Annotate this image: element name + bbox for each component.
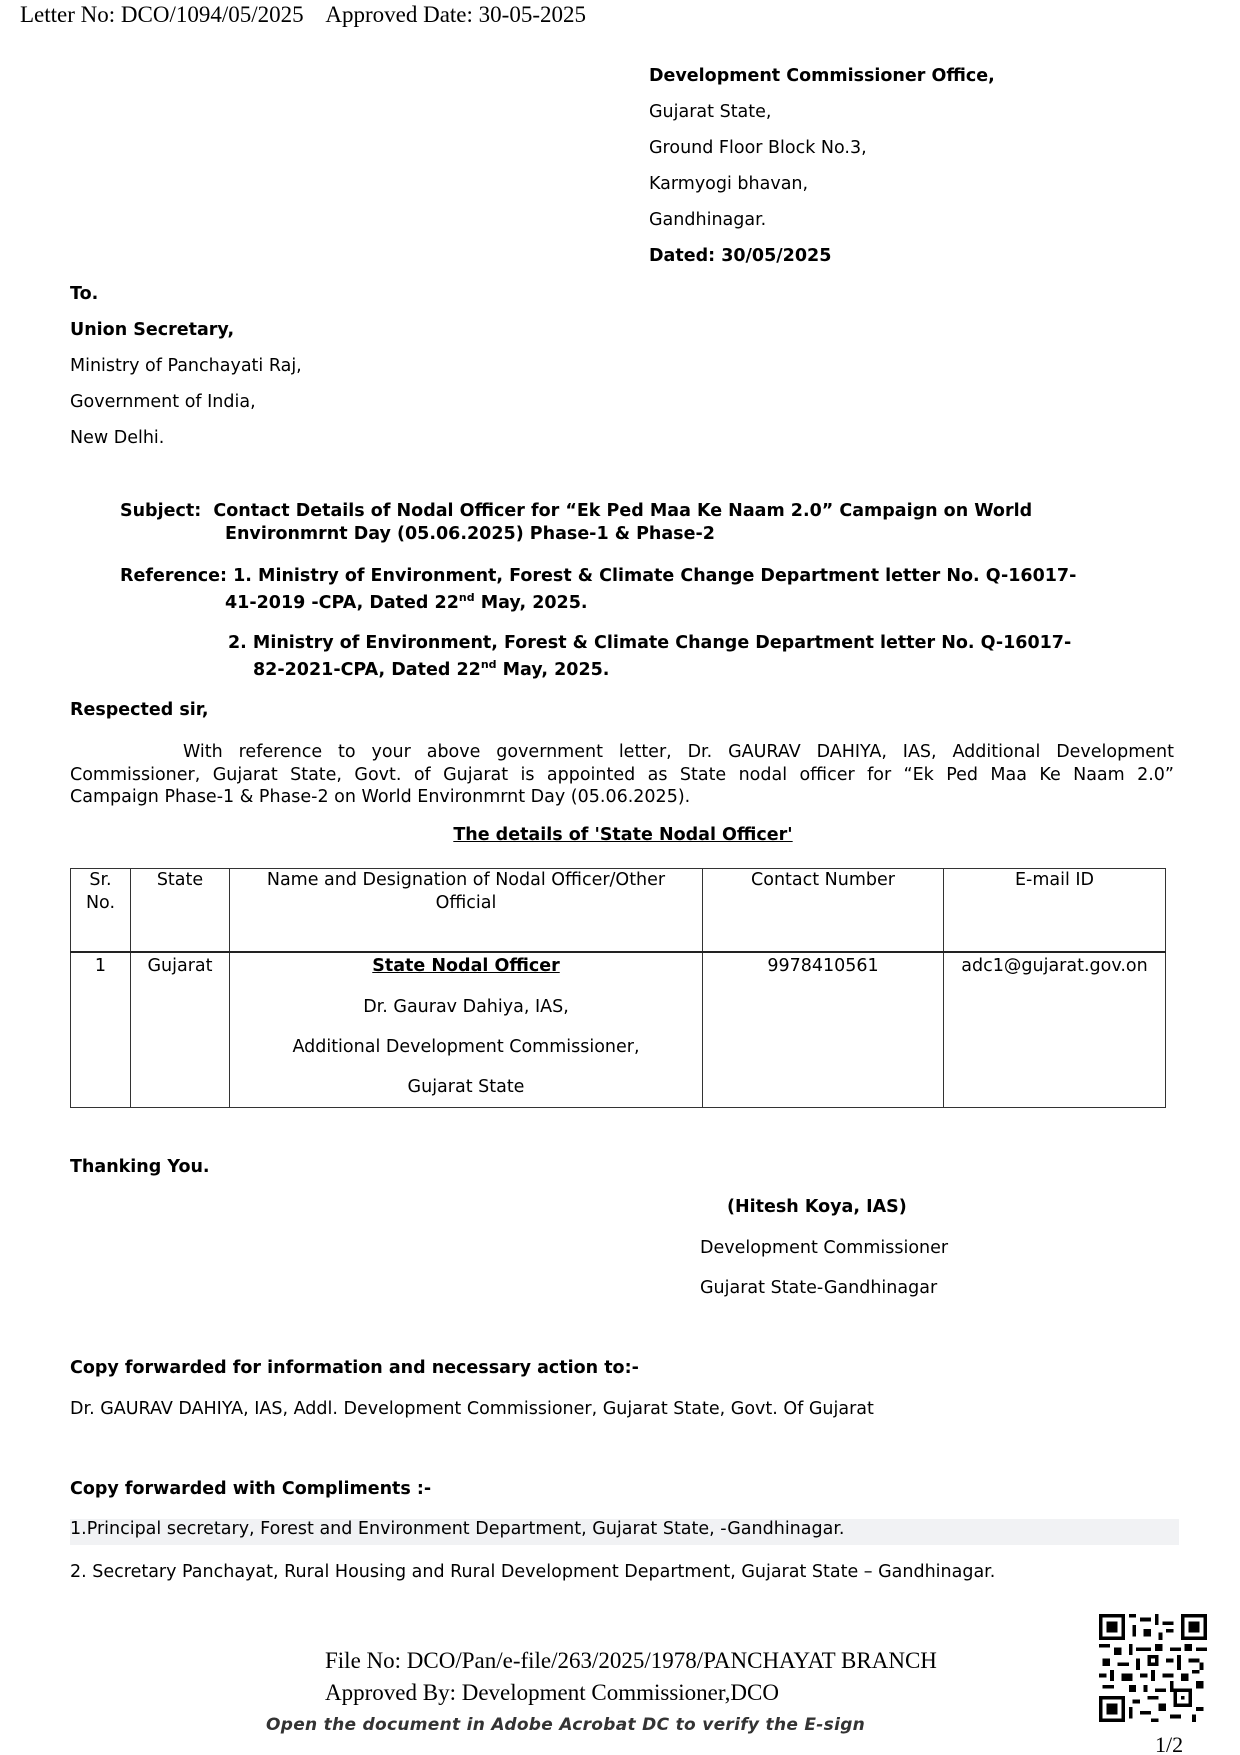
col-header-name-designation: Name and Designation of Nodal Officer/Ot… [230,869,703,953]
officer-state: Gujarat State [236,1067,696,1107]
file-number: File No: DCO/Pan/e-file/263/2025/1978/PA… [325,1648,937,1674]
officer-role: State Nodal Officer [236,955,696,978]
col-header-state: State [131,869,230,953]
reference-text: 82-2021-CPA, Dated 22 [253,660,481,680]
copy-forwarded-item: Dr. GAURAV DAHIYA, IAS, Addl. Developmen… [70,1399,874,1419]
reference-text: May, 2025. [475,593,588,613]
col-header-contact: Contact Number [703,869,944,953]
sender-line: Karmyogi bhavan, [649,166,995,202]
subject: Subject: Contact Details of Nodal Office… [120,500,1032,546]
sender-office: Development Commissioner Office, [649,58,995,94]
officer-name: Dr. Gaurav Dahiya, IAS, [236,987,696,1027]
cell-state: Gujarat [131,952,230,1107]
body-line: Campaign Phase-1 & Phase-2 on World Envi… [70,786,1174,809]
reference-label: Reference: [120,566,227,586]
esign-verify-note: Open the document in Adobe Acrobat DC to… [266,1715,865,1735]
approved-by: Approved By: Development Commissioner,DC… [325,1680,779,1706]
compliments-item: 1.Principal secretary, Forest and Enviro… [70,1519,1179,1545]
ordinal-suffix: nd [481,658,497,671]
reference-text: May, 2025. [497,660,610,680]
page-number: 1/2 [1155,1732,1183,1755]
cell-email[interactable]: adc1@gujarat.gov.on [944,952,1166,1107]
recipient-line: Government of India, [70,384,302,420]
compliments-item: 2. Secretary Panchayat, Rural Housing an… [70,1562,995,1582]
cell-contact: 9978410561 [703,952,944,1107]
subject-label: Subject: [120,501,201,521]
sender-line: Ground Floor Block No.3, [649,130,995,166]
recipient-address: To. Union Secretary, Ministry of Panchay… [70,276,302,456]
recipient-to: To. [70,276,302,312]
signatory-name: (Hitesh Koya, IAS) [727,1197,907,1217]
cell-sr-no: 1 [71,952,131,1107]
reference-1: Reference: 1. Ministry of Environment, F… [120,563,1076,617]
col-header-email: E-mail ID [944,869,1166,953]
table-row: 1 Gujarat State Nodal Officer Dr. Gaurav… [71,952,1166,1107]
ordinal-suffix: nd [459,591,475,604]
compliments-heading: Copy forwarded with Compliments :- [70,1479,431,1499]
letter-header: Letter No: DCO/1094/05/2025 Approved Dat… [20,2,586,28]
table-header-row: Sr. No. State Name and Designation of No… [71,869,1166,953]
body-paragraph: With reference to your above government … [70,741,1174,809]
signatory-location: Gujarat State-Gandhinagar [700,1278,937,1298]
col-header-sr-no: Sr. No. [71,869,131,953]
subject-text-continued: Environmrnt Day (05.06.2025) Phase-1 & P… [120,523,1032,546]
letter-date: Dated: 30/05/2025 [649,238,995,274]
copy-forwarded-heading: Copy forwarded for information and neces… [70,1358,639,1378]
reference-text: 2. Ministry of Environment, Forest & Cli… [228,630,1071,657]
body-line: With reference to your above government … [70,741,1174,764]
recipient-title: Union Secretary, [70,312,302,348]
cell-officer: State Nodal Officer Dr. Gaurav Dahiya, I… [230,952,703,1107]
reference-text: 41-2019 -CPA, Dated 22 [225,593,459,613]
recipient-line: Ministry of Panchayati Raj, [70,348,302,384]
subject-text: Contact Details of Nodal Officer for “Ek… [213,501,1032,521]
officer-designation: Additional Development Commissioner, [236,1027,696,1067]
reference-2: 2. Ministry of Environment, Forest & Cli… [228,630,1071,684]
salutation: Respected sir, [70,700,209,720]
body-line: Commissioner, Gujarat State, Govt. of Gu… [70,764,1174,787]
qr-code-icon[interactable] [1099,1614,1207,1722]
signatory-designation: Development Commissioner [700,1238,948,1258]
table-title: The details of 'State Nodal Officer' [0,825,1240,845]
nodal-officer-table: Sr. No. State Name and Designation of No… [70,868,1166,1108]
approved-date: Approved Date: 30-05-2025 [325,2,586,27]
closing: Thanking You. [70,1157,210,1177]
reference-text: 1. Ministry of Environment, Forest & Cli… [233,566,1076,586]
sender-line: Gujarat State, [649,94,995,130]
sender-address: Development Commissioner Office, Gujarat… [649,58,995,275]
recipient-line: New Delhi. [70,420,302,456]
sender-line: Gandhinagar. [649,202,995,238]
letter-number: Letter No: DCO/1094/05/2025 [20,2,304,27]
